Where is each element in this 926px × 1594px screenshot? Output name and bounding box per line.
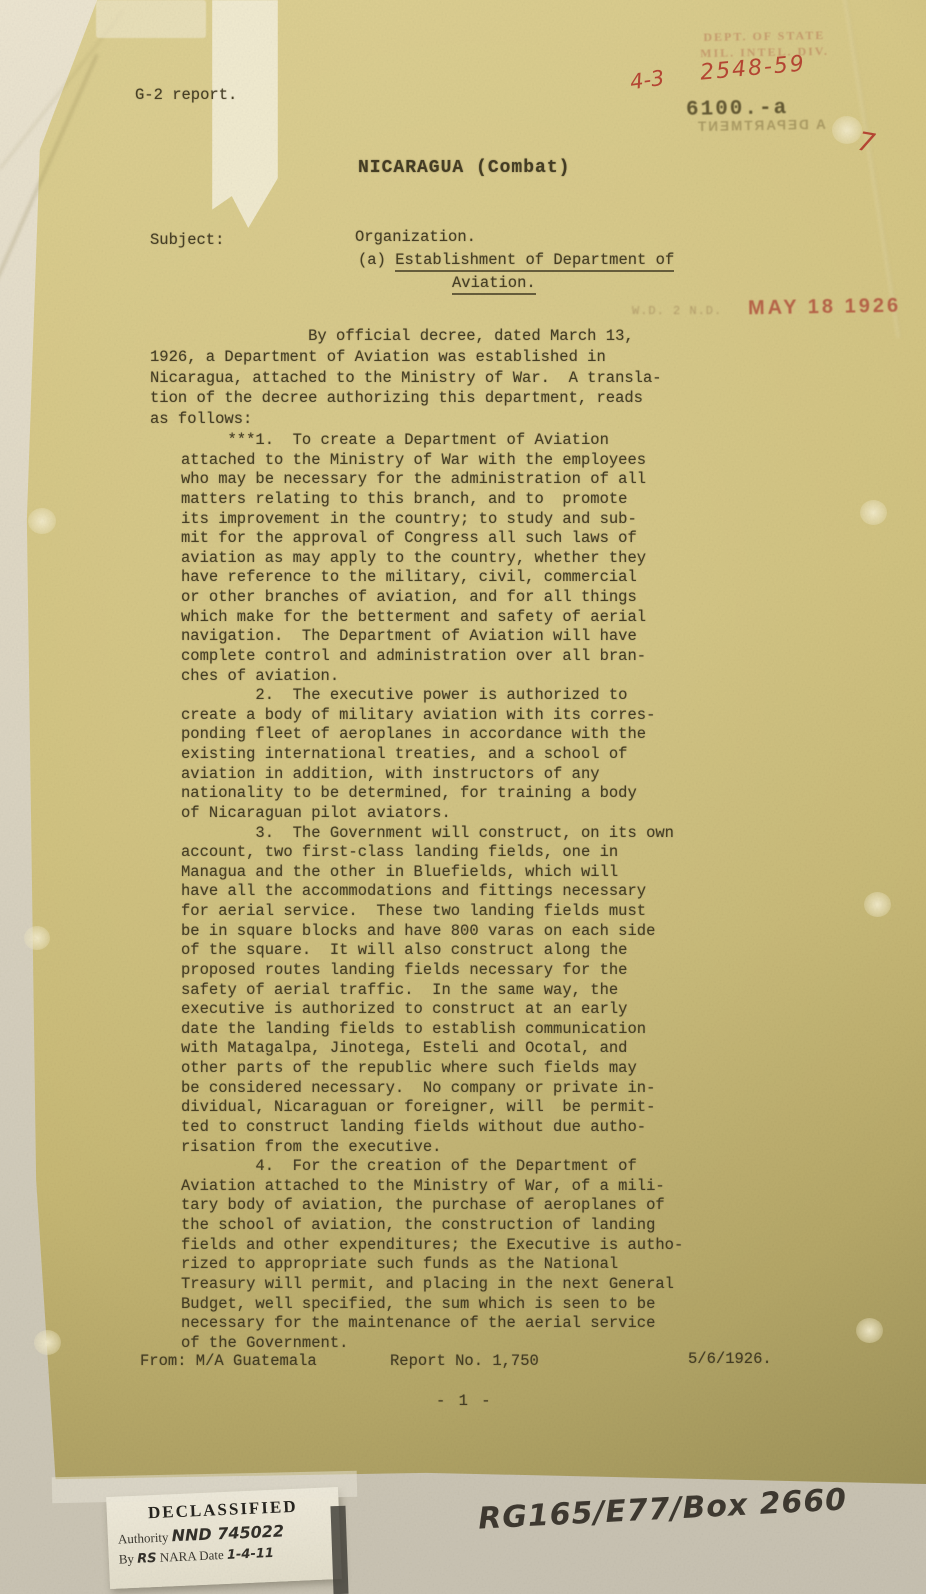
footer-date: 5/6/1926. [688,1350,772,1370]
nara-date-handwritten: 1-4-11 [227,1546,275,1563]
declassified-stamp-label: DECLASSIFIED Authority NND 745022 By RS … [106,1487,342,1589]
punch-hole-spot [28,508,56,534]
subject-line-2: (a) Establishment of Department of [358,251,674,271]
subject-line-3: Aviation. [452,274,536,294]
nara-date-label: NARA Date [160,1547,225,1565]
received-date-stamp: MAY 18 1926 [748,295,901,321]
label-shadow-bar [330,1506,348,1594]
by-label: By [118,1551,134,1567]
subject-item-text: Establishment of Department of [395,251,674,272]
tape-remnant [212,0,278,228]
punch-hole-spot [860,500,887,525]
date-stamp-prefix: W.D. 2 N.D. [632,304,722,318]
authority-value-handwritten: NND 745022 [171,1521,284,1545]
document-title: NICARAGUA (Combat) [358,159,570,179]
bleed-through-stamp: A DEPARTMENT [696,117,826,134]
decree-text: ***1. To create a Department of Aviation… [181,431,683,1353]
subject-item-text2: Aviation. [452,274,536,295]
page-number: - 1 - [436,1392,493,1412]
scanned-document: G-2 report. DEPT. OF STATE MIL. INTEL. D… [0,0,926,1594]
punch-hole-spot [864,892,891,917]
subject-label: Subject: [150,231,224,251]
subject-line-1: Organization. [355,228,476,248]
tape-remnant [96,0,206,38]
subject-item-prefix: (a) [358,251,395,269]
punch-hole-spot [24,926,50,950]
footer-from: From: M/A Guatemala [140,1352,317,1372]
authority-label: Authority [118,1529,169,1546]
by-value-handwritten: RS [137,1551,157,1567]
red-handwritten-number: 4-3 [628,66,665,95]
archive-reference-handwritten: RG165/E77/Box 2660 [477,1482,848,1536]
report-type-label: G-2 report. [135,86,237,106]
intro-paragraph: By official decree, dated March 13, 1926… [150,326,662,430]
footer-report-no: Report No. 1,750 [390,1352,539,1372]
punch-hole-spot [34,1330,61,1355]
punch-hole-spot [856,1318,883,1343]
